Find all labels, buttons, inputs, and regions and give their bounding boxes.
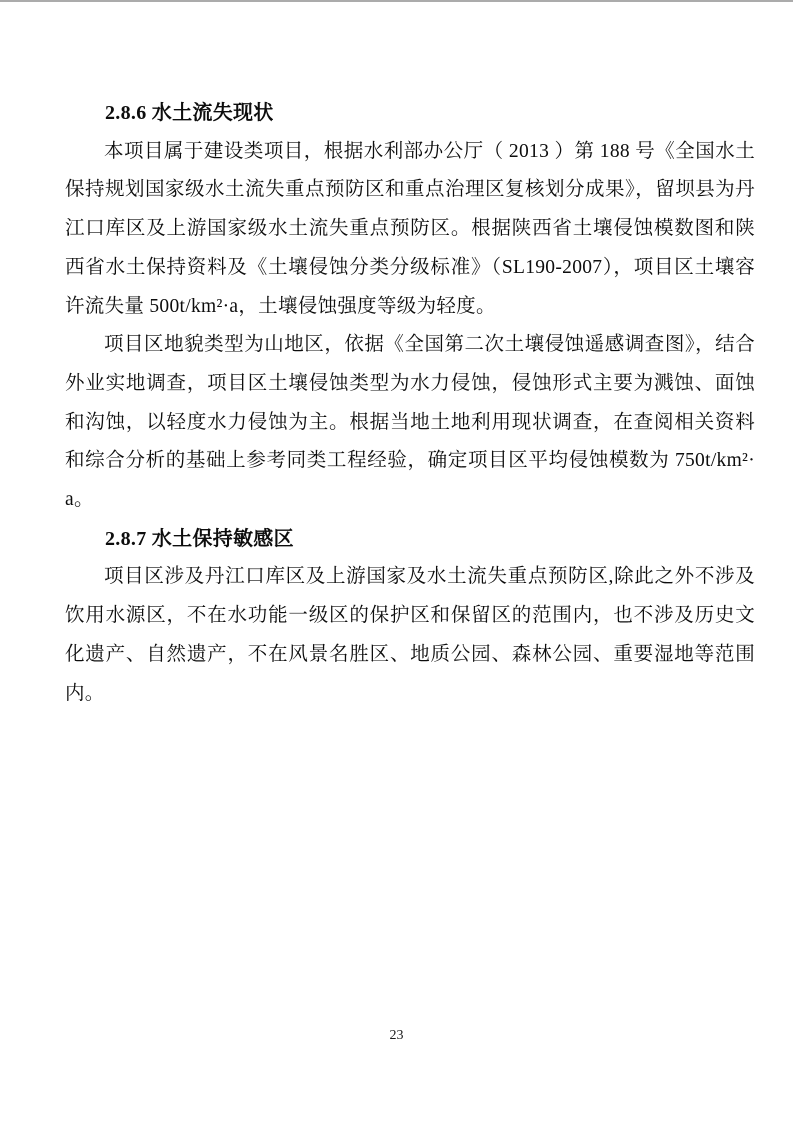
paragraph-soil-erosion-status-1: 本项目属于建设类项目，根据水利部办公厅（ 2013 ）第 188 号《全国水土保… (65, 133, 755, 327)
document-page: 2.8.6 水土流失现状 本项目属于建设类项目，根据水利部办公厅（ 2013 ）… (0, 0, 793, 1122)
document-content: 2.8.6 水土流失现状 本项目属于建设类项目，根据水利部办公厅（ 2013 ）… (65, 94, 755, 713)
page-footer: 23 (0, 1026, 793, 1044)
section-heading-2-8-6: 2.8.6 水土流失现状 (65, 94, 755, 133)
page-number: 23 (390, 1028, 404, 1043)
paragraph-soil-erosion-status-2: 项目区地貌类型为山地区，依据《全国第二次土壤侵蚀遥感调查图》，结合外业实地调查，… (65, 326, 755, 520)
paragraph-sensitive-areas: 项目区涉及丹江口库区及上游国家及水土流失重点预防区,除此之外不涉及饮用水源区，不… (65, 558, 755, 713)
page-top-edge-line (0, 0, 793, 2)
section-heading-2-8-7: 2.8.7 水土保持敏感区 (65, 520, 755, 559)
